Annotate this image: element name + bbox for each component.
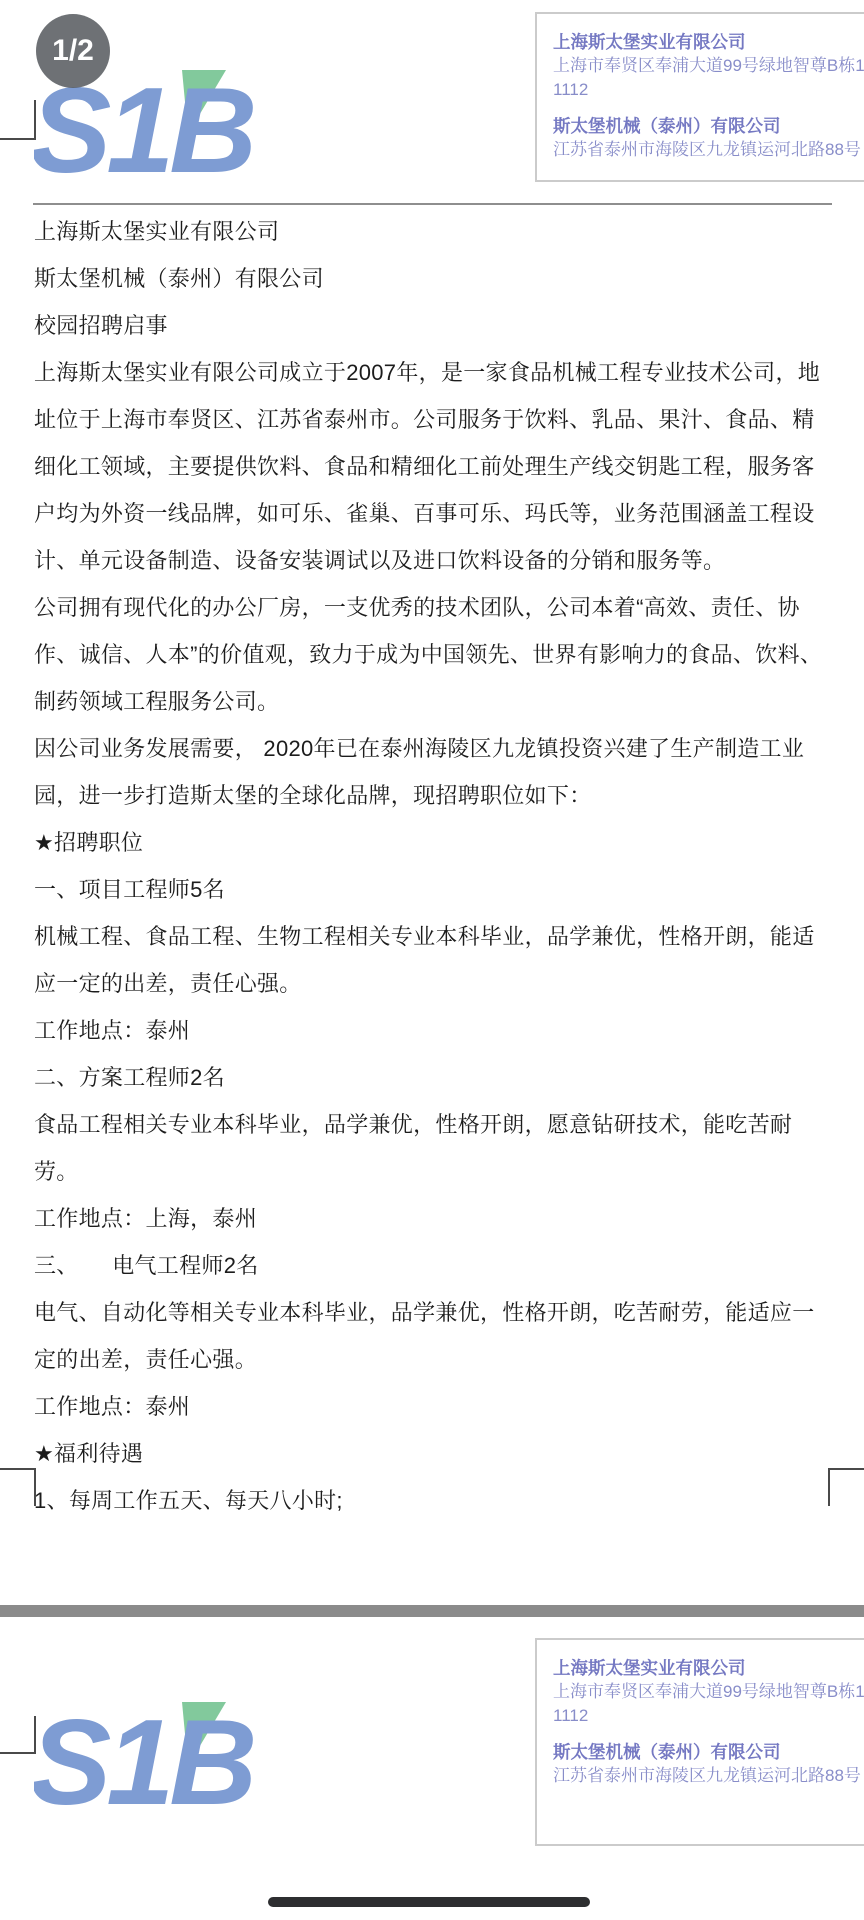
logo-letters: S1B <box>34 1698 253 1826</box>
crop-mark-bottom-left-horizontal <box>0 1468 36 1470</box>
position-2-title: 二、方案工程师2名 <box>34 1054 833 1101</box>
positions-heading: ★招聘职位 <box>34 819 833 866</box>
letterhead-company2-name: 斯太堡机械（泰州）有限公司 <box>553 114 864 138</box>
letterhead-company1-address: 上海市奉贤区奉浦大道99号绿地智尊B栋1110-1112 <box>553 54 864 102</box>
notice-title: 校园招聘启事 <box>34 302 833 349</box>
letterhead-card: 上海斯太堡实业有限公司 上海市奉贤区奉浦大道99号绿地智尊B栋1110-1112… <box>535 12 864 182</box>
position-3-title: 三、 电气工程师2名 <box>34 1242 833 1289</box>
position-1-desc: 机械工程、食品工程、生物工程相关专业本科毕业，品学兼优，性格开朗，能适应一定的出… <box>34 913 833 1007</box>
benefits-heading: ★福利待遇 <box>34 1430 833 1477</box>
letterhead-company1-address: 上海市奉贤区奉浦大道99号绿地智尊B栋1110-1112 <box>553 1680 864 1728</box>
letterhead-company2-address: 江苏省泰州市海陵区九龙镇运河北路88号 <box>553 138 864 162</box>
values-paragraph: 公司拥有现代化的办公厂房，一支优秀的技术团队，公司本着“高效、责任、协作、诚信、… <box>34 584 833 725</box>
document-body: 上海斯太堡实业有限公司 斯太堡机械（泰州）有限公司 校园招聘启事 上海斯太堡实业… <box>34 208 833 1524</box>
header-divider <box>33 203 832 205</box>
expansion-paragraph: 因公司业务发展需要， 2020年已在泰州海陵区九龙镇投资兴建了生产制造工业园，进… <box>34 725 833 819</box>
intro-paragraph: 上海斯太堡实业有限公司成立于2007年，是一家食品机械工程专业技术公司，地址位于… <box>34 349 833 584</box>
letterhead-company1-name: 上海斯太堡实业有限公司 <box>553 30 864 54</box>
letterhead-company2-name: 斯太堡机械（泰州）有限公司 <box>553 1740 864 1764</box>
crop-mark-page2-top-left-horizontal <box>0 1752 36 1754</box>
letterhead-company2-address: 江苏省泰州市海陵区九龙镇运河北路88号 <box>553 1764 864 1788</box>
position-3-location: 工作地点：泰州 <box>34 1383 833 1430</box>
position-2-location: 工作地点：上海，泰州 <box>34 1195 833 1242</box>
company-line-1: 上海斯太堡实业有限公司 <box>34 208 833 255</box>
crop-mark-bottom-right-horizontal <box>828 1468 864 1470</box>
page-indicator-badge: 1/2 <box>36 14 110 88</box>
position-1-title: 一、项目工程师5名 <box>34 866 833 913</box>
position-3-desc: 电气、自动化等相关专业本科毕业，品学兼优，性格开朗，吃苦耐劳，能适应一定的出差，… <box>34 1289 833 1383</box>
letterhead-company1-name: 上海斯太堡实业有限公司 <box>553 1656 864 1680</box>
crop-mark-bottom-left-vertical <box>34 1468 36 1506</box>
benefit-item-1: 1、每周工作五天、每天八小时; <box>34 1477 833 1524</box>
position-2-desc: 食品工程相关专业本科毕业，品学兼优，性格开朗，愿意钻研技术，能吃苦耐劳。 <box>34 1101 833 1195</box>
crop-mark-top-left-horizontal <box>0 138 36 140</box>
home-indicator[interactable] <box>268 1897 590 1907</box>
crop-mark-bottom-right-vertical <box>828 1468 830 1506</box>
page-separator <box>0 1605 864 1617</box>
company-line-2: 斯太堡机械（泰州）有限公司 <box>34 255 833 302</box>
position-1-location: 工作地点：泰州 <box>34 1007 833 1054</box>
page-indicator-label: 1/2 <box>52 34 94 68</box>
stb-logo-page2: S1B <box>34 1698 290 1826</box>
letterhead-card-page2: 上海斯太堡实业有限公司 上海市奉贤区奉浦大道99号绿地智尊B栋1110-1112… <box>535 1638 864 1846</box>
document-viewer[interactable]: 1/2 S1B 上海斯太堡实业有限公司 上海市奉贤区奉浦大道99号绿地智尊B栋1… <box>0 0 864 1920</box>
